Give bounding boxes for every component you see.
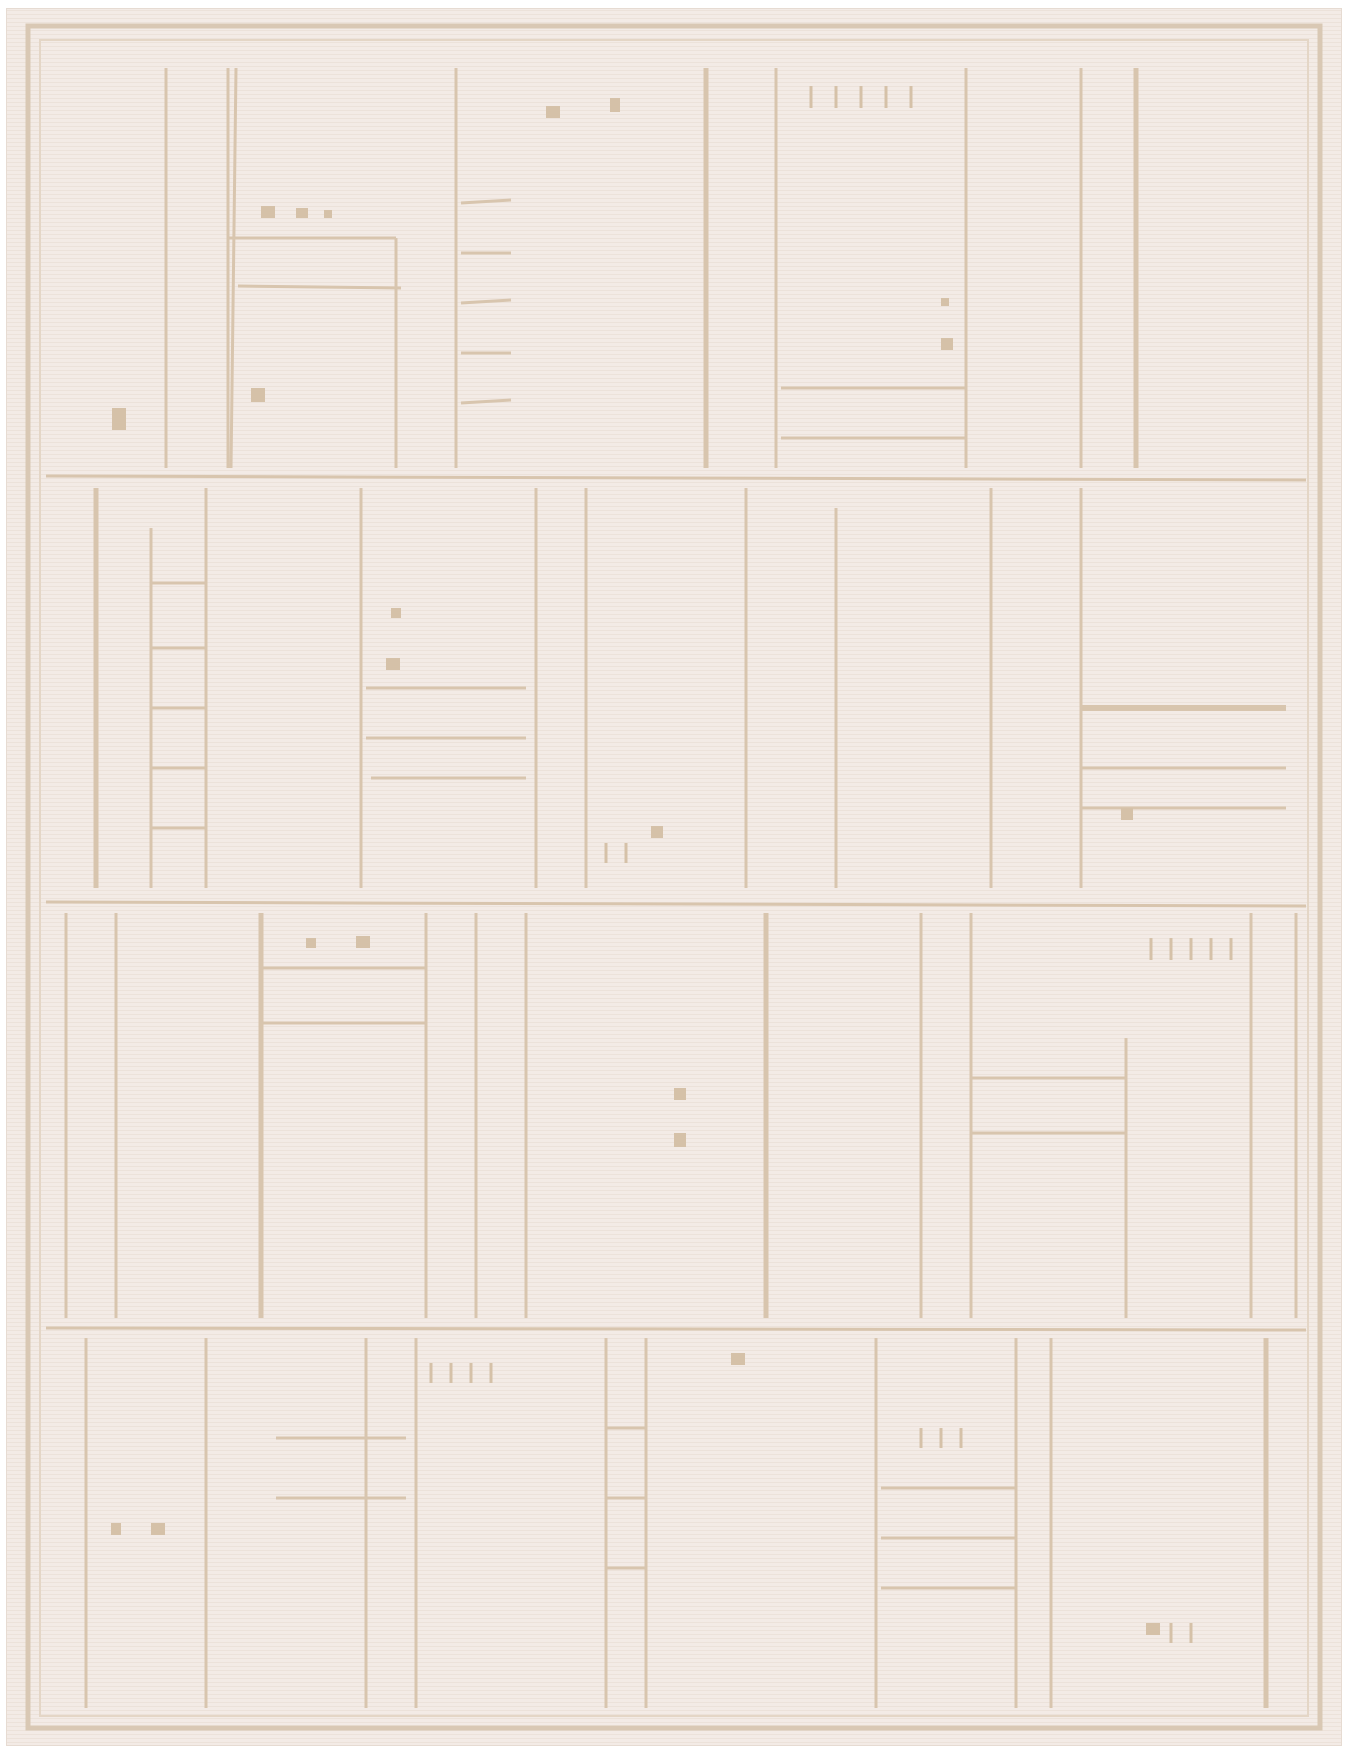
rug-pattern (6, 8, 1342, 1746)
rug-image (6, 8, 1342, 1746)
photo-stage (0, 0, 1350, 1752)
